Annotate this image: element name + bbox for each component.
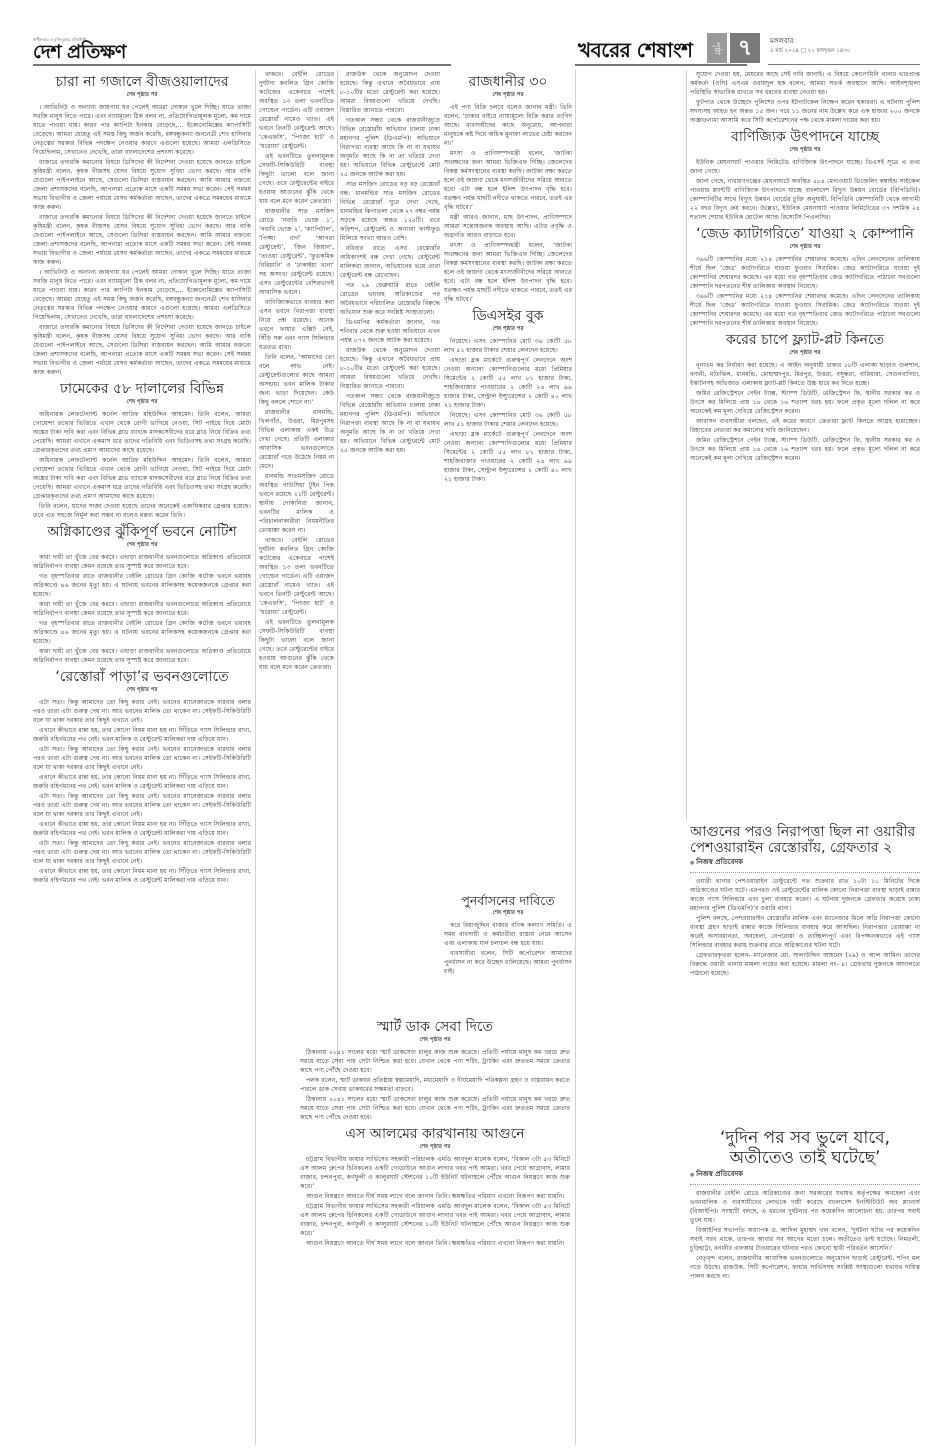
column-divider [255, 70, 256, 1445]
byline: শেষ পৃষ্ঠার পর [33, 398, 251, 407]
paragraph: এছাড়া ব্লক মার্কেটে গুরুত্বপূর্ণ লেনদেন… [444, 356, 572, 410]
issue-day: মঙ্গলবার [770, 35, 794, 47]
column-divider [686, 70, 687, 820]
paragraph: বাজারে তদারকি কমানোর বিষয়ে ডিসিদের কী ন… [33, 323, 251, 377]
newspaper-logo: দেশ প্রতিক্ষণ [33, 41, 126, 63]
paragraph: সুযোগ দেওয়া হয়, মেয়রের কাছে সেই দাবি … [690, 70, 920, 97]
paragraph: এই ভবনটিতে তুলনামূলক সেফটি-সিকিউরিটি ব্য… [259, 618, 334, 672]
paragraph: । আভিনিউ ও অন্যান্য জায়গায় ঘর পেলেই আম… [33, 268, 251, 322]
article-banijjik: বাণিজ্যিক উৎপাদনে যাচ্ছে শেষ পৃষ্ঠার পর … [690, 129, 920, 222]
article-fire-notice: অগ্নিকাণ্ডের ঝুঁকিপূর্ণ ভবনে নোটিশ শেষ প… [33, 524, 251, 665]
article-restora: ‘রেস্তোরাঁ পাড়া’র ভবনগুলোতে শেষ পৃষ্ঠার… [33, 669, 251, 885]
paragraph: থাকবে। বেইলি রোডের দুর্ঘটনা কবলিত গ্রিন … [259, 536, 334, 617]
paragraph: ইউনিক মেঘনাঘাট পাওয়ার লিমিটেড বাণিজ্যিক… [690, 158, 920, 176]
headline[interactable]: ঢামেকের ৫৮ দালালের বিভিন্ন [33, 381, 251, 397]
paragraph: তিনি বলেন, ‘আমাদের তো বলে লাভ নেই। রেস্ট… [259, 353, 334, 407]
article-peshwarain-wrap: আগুনের পরও নিরাপত্তা ছিল না ওয়ারীর পেশও… [690, 820, 920, 1120]
paragraph: এখানে কীভাবে রান্না হয়, তার কোনো নিয়ম … [33, 867, 251, 885]
article-dudin-wrap: ‘দুদিন পর সব ভুলে যাবে, অতীতেও তাই ঘটেছে… [690, 1125, 920, 1445]
byline: শেষ পৃষ্ঠার পর [444, 91, 572, 100]
paragraph: ধানমন্ডি সাতমসজিদ রোডে অবস্থিত গাউসিয়া … [259, 472, 334, 535]
byline: শেষ পৃষ্ঠার পর [33, 686, 251, 695]
column-3: রাজউক থেকে অনুমোদন দেওয়া হয়েছে। কিন্তু… [340, 70, 440, 1070]
article-col4-top: সুযোগ দেওয়া হয়, মেয়রের কাছে সেই দাবি … [690, 70, 920, 125]
paragraph: আবাসন ব্যবসায়ীরা বলছেন, এই করের কারণে ক… [690, 417, 920, 435]
article-z-category: ‘জেড ক্যাটাগরিতে’ যাওয়া ২ কোম্পানি শেষ … [690, 226, 920, 328]
headline[interactable]: করের চাপে ফ্ল্যাট-প্লট কিনতে [690, 332, 920, 348]
paragraph: বাণিজ্যিকভাবে ব্যবহার করা এসব ভবনে নিরাপ… [259, 298, 334, 352]
article-bij: চারা না গজালে বীজওয়ালাদের শেষ পৃষ্ঠার প… [33, 74, 251, 377]
paragraph: গতকাল সন্ধ্যা থেকে রাজধানীজুড়ে বিভিন্ন … [340, 392, 440, 455]
headline[interactable]: আগুনের পরও নিরাপত্তা ছিল না ওয়ারীর পেশও… [690, 824, 920, 856]
byline: শেষ পৃষ্ঠার পর [444, 909, 572, 918]
paragraph: এখানে কীভাবে রান্না হয়, তার কোনো নিয়ম … [33, 773, 251, 791]
paragraph: রবিবার রাতে এসব রেস্তোরাঁর অধিকাংশই বন্ধ… [340, 244, 440, 280]
logo[interactable]: স্বাধীনতার ও মুক্তিযুদ্ধের প্রতিনিধি দেশ… [33, 37, 126, 62]
paragraph: ফুটপাত থেকে উচ্ছেদে পুলিশের ওপর ইটপাটকেল… [690, 98, 920, 125]
paragraph: গত বৃহস্পতিবার রাতে রাজধানীর বেইলি রোডের… [33, 619, 251, 646]
paragraph: এটা সত্য। কিন্তু আমাদের তো কিছু করার নেই… [33, 839, 251, 866]
paragraph: থাকবে। বেইলি রোডের দুর্ঘটনা কবলিত গ্রিন … [259, 70, 334, 151]
date-rule [768, 64, 920, 65]
reporter-credit: নিজস্ব প্রতিবেদক [690, 858, 920, 873]
page-number: ৭ [730, 33, 760, 63]
byline: শেষ পৃষ্ঠার পর [33, 541, 251, 550]
paragraph: নূন্যতম কর নির্ধারণ করা হয়েছে। এ আইন অন… [690, 361, 920, 388]
paragraph: জানা গেছে, নারায়ণগঞ্জের মেঘনাঘাটে অবস্থ… [690, 177, 920, 222]
paragraph: এখানে কীভাবে রান্না হয়, তার কোনো নিয়ম … [33, 726, 251, 744]
paragraph: জমির রেজিস্ট্রেশনে গেইন ট্যাক্স, স্ট্যাম… [690, 436, 920, 463]
paragraph: গ্রেফতারকৃতরা হলেন- ম্যানেজার মো. সালাউদ… [690, 951, 920, 978]
paragraph: মৎস্য ও প্রাণিসম্পদমন্ত্রী বলেন, ‘জাটকা … [444, 149, 572, 212]
column-2: থাকবে। বেইলি রোডের দুর্ঘটনা কবলিত গ্রিন … [259, 70, 334, 1070]
paragraph: নিয়েছে। এসব কোম্পানির মোট ৩৬ কোটি ৫৮ লা… [444, 411, 572, 429]
masthead: স্বাধীনতার ও মুক্তিযুদ্ধের প্রতিনিধি দেশ… [0, 0, 945, 60]
paragraph: মন্ত্রী আরও জানান, মাছ উৎপাদন, প্রাণিসম্… [444, 213, 572, 240]
paragraph: এটা সত্য। কিন্তু আমাদের তো কিছু করার নেই… [33, 745, 251, 772]
section-rule [575, 64, 747, 66]
paragraph: অধিনায়ক লেফটেন্যান্ট কর্নেল আরিফ মহিউদ্… [33, 410, 251, 455]
headline[interactable]: ‘দুদিন পর সব ভুলে যাবে, অতীতেও তাই ঘটেছে… [690, 1129, 920, 1168]
paragraph: এটা সত্য। কিন্তু আমাদের তো কিছু করার নেই… [33, 792, 251, 819]
headline[interactable]: ‘জেড ক্যাটাগরিতে’ যাওয়া ২ কোম্পানি [690, 226, 920, 242]
paragraph: নিয়েছে। এসব কোম্পানির মোট ৩৬ কোটি ৫৮ লা… [444, 337, 572, 355]
paragraph: ৩৯৬টি কোম্পানির মধ্যে ২১৪ কোম্পানির শেয়… [690, 255, 920, 291]
paragraph: এখানে কীভাবে রান্না হয়, তার কোনো নিয়ম … [33, 820, 251, 838]
reporter-credit: নিজস্ব প্রতিবেদক [690, 1170, 920, 1185]
paragraph: ডিএমপির কর্মকর্তারা জানান, গত শনিবার থেক… [340, 318, 440, 345]
paragraph: সাত মসজিদ রোডের বড় বড় রেস্তোরাঁ বন্ধ: … [340, 180, 440, 243]
paragraph: রাজধানীর সাত মসজিদ রোডে ‘নবাবি ভোজ ১’, ‘… [259, 207, 334, 297]
paragraph: মৎস্য ও প্রাণিসম্পদমন্ত্রী বলেন, ‘জাটকা … [444, 241, 572, 304]
paragraph: বিআইপির সভাপতি অধ্যাপক ড. আদিল মুহাম্মদ … [690, 1226, 920, 1253]
byline: শেষ পৃষ্ঠার পর [33, 91, 251, 100]
paragraph: রাজউক থেকে অনুমোদন দেওয়া হয়েছে। কিন্তু… [340, 70, 440, 115]
masthead-rule [33, 64, 451, 66]
paragraph: এছাড়া ব্লক মার্কেটে গুরুত্বপূর্ণ লেনদেন… [444, 430, 572, 484]
paragraph: অধিনায়ক লেফটেন্যান্ট কর্নেল আরিফ মহিউদ্… [33, 456, 251, 501]
page-label: পৃষ্ঠা [707, 33, 727, 63]
byline: শেষ পৃষ্ঠার পর [444, 325, 572, 334]
paragraph: ৩৯৬টি কোম্পানির মধ্যে ২১৪ কোম্পানির শেয়… [690, 292, 920, 328]
paragraph: ব্যবসায়ীরা বলেন, সিটি কর্পোরেশন আমাদের … [444, 949, 572, 976]
paragraph: জমির রেজিস্ট্রেশনে গেইন ট্যাক্স, স্ট্যাম… [690, 389, 920, 416]
article-dse: ডিএসইর বুক শেষ পৃষ্ঠার পর নিয়েছে। এসব ক… [444, 308, 572, 484]
paragraph: পুলিশ বলছে, পেশওয়ারাইন রেস্তোরাঁর মালিক… [690, 914, 920, 950]
byline: শেষ পৃষ্ঠার পর [690, 349, 920, 358]
headline[interactable]: ডিএসইর বুক [444, 308, 572, 324]
paragraph: বাজারে তদারকি কমানোর বিষয়ে ডিসিদের কী ন… [33, 213, 251, 267]
column-divider [575, 70, 576, 1445]
paragraph: তিনি বলেন, যাদের সাজা দেওয়া হয়েছে তাদে… [33, 502, 251, 520]
issue-date: ৫ মার্চ ২০২৪ □ ২১ ফাল্গুন ১৪৩০ [770, 48, 850, 56]
headline[interactable]: চারা না গজালে বীজওয়ালাদের [33, 74, 251, 90]
paragraph: গতকাল সন্ধ্যা থেকে রাজধানীজুড়ে বিভিন্ন … [340, 116, 440, 179]
column-divider [337, 70, 338, 1070]
article-peshwarain: আগুনের পরও নিরাপত্তা ছিল না ওয়ারীর পেশও… [690, 824, 920, 978]
headline[interactable]: পুনর্বাসনের দাবিতে [444, 894, 572, 908]
byline: শেষ পৃষ্ঠার পর [690, 146, 920, 155]
paragraph: রাজউক থেকে অনুমোদন দেওয়া হয়েছে। কিন্তু… [340, 346, 440, 391]
paragraph: রাজধানীর ধানমন্ডি, খিলগাঁও, উত্তরা, মিরপ… [259, 408, 334, 471]
article-rajdhani30: রাজধানীর ৩০ শেষ পৃষ্ঠার পর এই পণ্য বিক্র… [444, 74, 572, 304]
article-punarbasan-wrap: পুনর্বাসনের দাবিতে শেষ পৃষ্ঠার পর করে রি… [444, 890, 572, 1010]
column-1: চারা না গজালে বীজওয়ালাদের শেষ পৃষ্ঠার প… [33, 70, 251, 1445]
paragraph: করে রিয়াজুদ্দিন বাজার বণিক কল্যাণ সমিতি… [444, 921, 572, 948]
byline: শেষ পৃষ্ঠার পর [690, 243, 920, 252]
headline[interactable]: ‘রেস্তোরাঁ পাড়া’র ভবনগুলোতে [33, 669, 251, 685]
paragraph: গত ২৯ ফেব্রুয়ারি রাতে বেইলি রোডের ভয়াব… [340, 281, 440, 317]
paragraph: এই পণ্য বিক্রি চলবে বলেও জানান মন্ত্রী। … [444, 103, 572, 148]
paragraph: বাজারে তদারকি কমানোর বিষয়ে ডিসিদের কী ন… [33, 158, 251, 212]
headline[interactable]: অগ্নিকাণ্ডের ঝুঁকিপূর্ণ ভবনে নোটিশ [33, 524, 251, 540]
headline[interactable]: রাজধানীর ৩০ [444, 74, 572, 90]
paragraph: নেতৃবৃন্দ বলেন, রাজধানীর আবাসিক ভবনগুলোত… [690, 1254, 920, 1281]
paragraph: কারা দায়ী তা খুঁজে বের করবে। এছাড়া রাজ… [33, 647, 251, 665]
paragraph: কারা দায়ী তা খুঁজে বের করবে। এছাড়া রাজ… [33, 553, 251, 571]
article-punarbasan: পুনর্বাসনের দাবিতে শেষ পৃষ্ঠার পর করে রি… [444, 894, 572, 976]
paragraph: এটা সত্য। কিন্তু আমাদের তো কিছু করার নেই… [33, 698, 251, 725]
paragraph: ওয়ারী থানার পেশওয়ারাইন রেস্টুরেন্টে গত… [690, 877, 920, 913]
headline[interactable]: বাণিজ্যিক উৎপাদনে যাচ্ছে [690, 129, 920, 145]
article-dudin-por: ‘দুদিন পর সব ভুলে যাবে, অতীতেও তাই ঘটেছে… [690, 1129, 920, 1281]
paragraph: এই ভবনটিতে তুলনামূলক সেফটি-সিকিউরিটি ব্য… [259, 152, 334, 206]
paragraph: । আভিনিউ ও অন্যান্য জায়গায় ঘর পেলেই আম… [33, 103, 251, 157]
paragraph: কারা দায়ী তা খুঁজে বের করবে। এছাড়া রাজ… [33, 600, 251, 618]
article-korer-chap: করের চাপে ফ্ল্যাট-প্লট কিনতে শেষ পৃষ্ঠার… [690, 332, 920, 463]
paragraph: রাজধানীর বেইলি রোডে অগ্নিকাণ্ডের জন্য সর… [690, 1189, 920, 1225]
column-4-articles: রাজধানীর ৩০ শেষ পৃষ্ঠার পর এই পণ্য বিক্র… [444, 70, 572, 1010]
paragraph: গত বৃহস্পতিবার রাতে রাজধানীর বেইলি রোডের… [33, 572, 251, 599]
article-dmc: ঢামেকের ৫৮ দালালের বিভিন্ন শেষ পৃষ্ঠার প… [33, 381, 251, 520]
